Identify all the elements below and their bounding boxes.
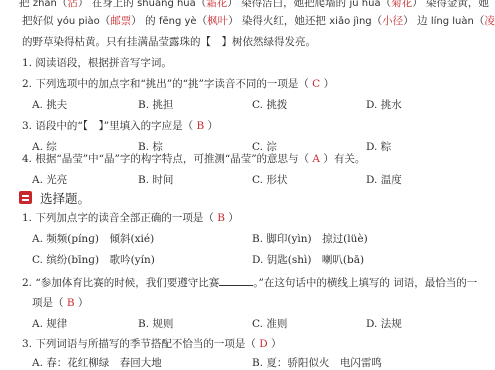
option-d: D. 温度	[366, 173, 402, 187]
option-c: C. 挑拨	[252, 98, 287, 112]
pinyin: shuāng huā	[137, 0, 196, 9]
pinyin: xiǎo jìng	[329, 16, 371, 27]
text: ）	[228, 212, 239, 224]
answer-letter: C	[312, 78, 320, 90]
option-d: D. 法规	[366, 317, 402, 331]
text: 把好似	[22, 15, 57, 27]
question-1-2: 2. 下列选项中的加点字和“挑出”的“挑”字读音不同的一项是（ C ）	[22, 77, 334, 91]
option-c: C. 准则	[252, 317, 287, 331]
question-stem: 4. 根据“晶莹”中“晶”字的构字特点，可推测“晶莹”的意思与（	[22, 153, 309, 165]
pinyin: líng luàn	[431, 16, 474, 27]
question-stem: 1. 下列加点字的读音全部正确的一项是（	[22, 212, 214, 224]
answer-word: 菊花	[391, 0, 412, 9]
question-stem: 2. “参加体育比赛的时候，我们要遵守比赛	[22, 277, 219, 289]
option-b: B. 脚印(yìn) 掠过(lüè)	[252, 232, 368, 246]
answer-blank	[219, 275, 253, 286]
text: ）	[324, 78, 335, 90]
question-2-3: 3. 下列词语与所描写的季节搭配不恰当的一项是（ D ）	[22, 337, 281, 351]
option-c: C. 形状	[252, 173, 287, 187]
text: ）	[208, 120, 219, 132]
answer-letter: D	[259, 338, 267, 350]
answer-word: 邮票	[110, 15, 131, 27]
section-two-icon	[19, 191, 32, 204]
text: 的	[142, 15, 159, 27]
text: 染得火红，她还把	[239, 15, 330, 27]
option-a: A. 规律	[32, 317, 67, 331]
pinyin: zhān	[33, 0, 57, 9]
option-d: D. 挑水	[366, 98, 402, 112]
text: 在身上的	[88, 0, 137, 9]
text: ）有关。	[323, 153, 365, 165]
pinyin: jú huā	[349, 0, 380, 9]
answer-letter: B	[67, 297, 75, 309]
question-1-1: 1. 阅读语段，根据拼音写字词。	[22, 56, 172, 70]
answer-word: 小径	[382, 15, 403, 27]
answer-word: 枫叶	[207, 15, 228, 27]
text: ）	[271, 338, 282, 350]
option-d: D. 钥匙(shì) 喇叭(bā)	[252, 253, 364, 267]
section-title: 选择题。	[40, 189, 90, 207]
pinyin: fēng yè	[159, 16, 197, 27]
text: 染得金黄，她	[423, 0, 489, 9]
answer-word: 沾	[67, 0, 78, 9]
pinyin: yóu piào	[57, 16, 100, 27]
answer-letter: B	[217, 212, 225, 224]
question-stem: 。”在这句话中的横线上填写的 词语，最恰当的一	[253, 277, 477, 289]
question-2-2: 2. “参加体育比赛的时候，我们要遵守比赛。”在这句话中的横线上填写的 词语，最…	[22, 275, 477, 290]
text: 边	[414, 15, 431, 27]
option-d: D. 粽	[366, 140, 391, 154]
question-stem: 2. 下列选项中的加点字和“挑出”的“挑”字读音不同的一项是（	[22, 78, 309, 90]
text: 把	[19, 0, 33, 9]
option-b: B. 规则	[138, 317, 173, 331]
answer-word: 霜花	[206, 0, 227, 9]
answer-word: 凌乱	[484, 15, 495, 27]
question-2-2-cont: 项是（ B ）	[32, 296, 88, 310]
question-1-4: 4. 根据“晶莹”中“晶”字的构字特点，可推测“晶莹”的意思与（ A ）有关。	[22, 152, 365, 166]
option-b: B. 时间	[138, 173, 173, 187]
option-a: A. 光亮	[32, 173, 67, 187]
answer-letter: B	[196, 120, 204, 132]
option-c: C. 缤纷(bīnɡ) 歌吟(yín)	[32, 253, 155, 267]
passage-line-2: 把好似 yóu piào（邮票） 的 fēng yè（枫叶） 染得火红，她还把 …	[22, 14, 495, 29]
option-a: A. 春：花红柳绿 春回大地	[32, 356, 162, 370]
question-stem: 3. 下列词语与所描写的季节搭配不恰当的一项是（	[22, 338, 256, 350]
question-stem: 3. 语段中的“【 】”里填入的字应是（	[22, 120, 193, 132]
passage-line-1: 把 zhān（沾） 在身上的 shuāng huā（霜花） 染得洁白，她把爬墙的…	[19, 0, 489, 11]
answer-letter: A	[312, 153, 320, 165]
option-b: B. 挑担	[138, 98, 173, 112]
question-2-1: 1. 下列加点字的读音全部正确的一项是（ B ）	[22, 211, 239, 225]
option-a: A. 挑夫	[32, 98, 67, 112]
text: 染得洁白，她把爬墙的	[238, 0, 350, 9]
question-1-3: 3. 语段中的“【 】”里填入的字应是（ B ）	[22, 119, 218, 133]
text: ）	[78, 297, 89, 309]
passage-line-3: 的野草染得枯黄。只有挂满晶莹露珠的【 】树依然绿得发亮。	[22, 35, 316, 49]
option-b: B. 夏：骄阳似火 电闪雷鸣	[252, 356, 382, 370]
option-a: A. 频频(pínɡ) 倾斜(xié)	[32, 232, 154, 246]
question-stem: 项是（	[32, 297, 64, 309]
